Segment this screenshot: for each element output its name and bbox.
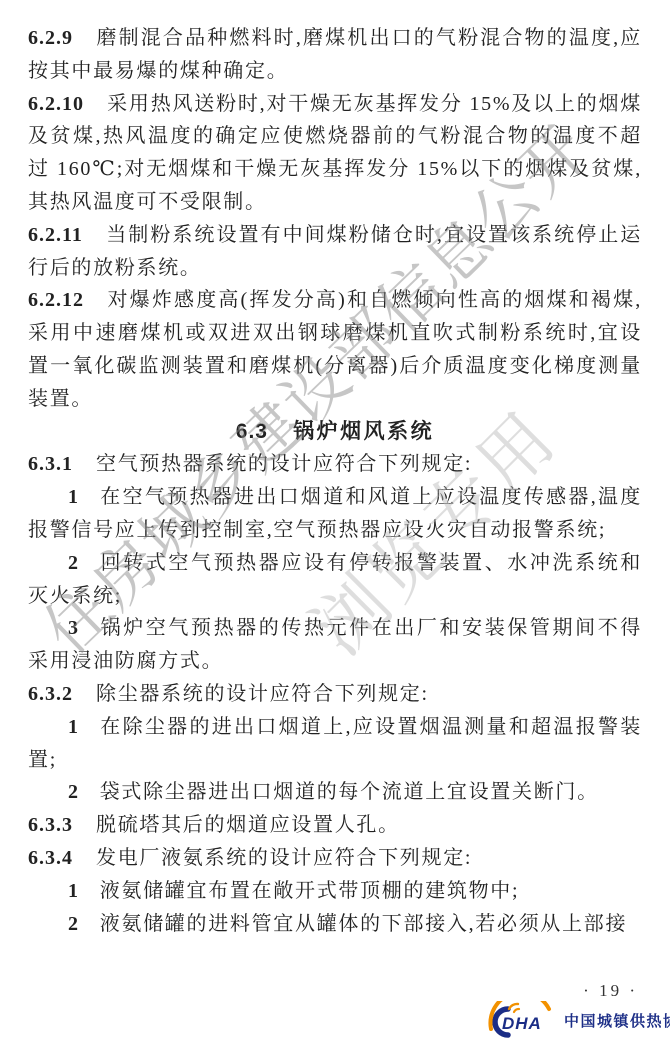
item-text: 在除尘器的进出口烟道上,应设置烟温测量和超温报警装置; [28, 716, 642, 771]
section-title: 锅炉烟风系统 [293, 420, 434, 443]
item-number: 3 [68, 617, 80, 639]
item-number: 1 [68, 716, 80, 738]
item-text: 回转式空气预热器应设有停转报警装置、水冲洗系统和灭火系统; [28, 552, 642, 607]
sub-item-2: 2袋式除尘器进出口烟道的每个流道上宜设置关断门。 [28, 776, 642, 809]
cdha-logo-icon: DHA [487, 1001, 561, 1039]
clause-6-3-3: 6.3.3脱硫塔其后的烟道应设置人孔。 [28, 809, 642, 842]
section-heading: 6.3锅炉烟风系统 [28, 416, 642, 449]
item-number: 2 [68, 913, 80, 935]
sub-item-1: 1在除尘器的进出口烟道上,应设置烟温测量和超温报警装置; [28, 711, 642, 777]
item-text: 液氨储罐宜布置在敞开式带顶棚的建筑物中; [100, 880, 520, 902]
logo-abbr-text: DHA [502, 1014, 542, 1033]
clause-6-2-12: 6.2.12对爆炸感度高(挥发分高)和自燃倾向性高的烟煤和褐煤,采用中速磨煤机或… [28, 284, 642, 415]
sub-item-2: 2回转式空气预热器应设有停转报警装置、水冲洗系统和灭火系统; [28, 547, 642, 613]
association-name: 中国城镇供热协会 [564, 1010, 670, 1031]
clause-text: 当制粉系统设置有中间煤粉储仓时,宜设置该系统停止运行后的放粉系统。 [28, 224, 642, 279]
sub-item-3: 3锅炉空气预热器的传热元件在出厂和安装保管期间不得采用浸油防腐方式。 [28, 612, 642, 678]
clause-text: 脱硫塔其后的烟道应设置人孔。 [96, 814, 400, 836]
clause-6-2-10: 6.2.10采用热风送粉时,对干燥无灰基挥发分 15%及以上的烟煤及贫煤,热风温… [28, 88, 642, 219]
clause-number: 6.2.12 [28, 289, 84, 311]
item-number: 2 [68, 552, 80, 574]
item-text: 袋式除尘器进出口烟道的每个流道上宜设置关断门。 [100, 781, 599, 803]
item-number: 1 [68, 880, 80, 902]
clause-number: 6.2.11 [28, 224, 83, 246]
clause-text: 采用热风送粉时,对干燥无灰基挥发分 15%及以上的烟煤及贫煤,热风温度的确定应使… [28, 93, 642, 213]
item-text: 液氨储罐的进料管宜从罐体的下部接入,若必须从上部接 [100, 913, 628, 935]
clause-text: 发电厂液氨系统的设计应符合下列规定: [96, 847, 472, 869]
clause-number: 6.2.10 [28, 93, 84, 115]
association-logo: DHA 中国城镇供热协会 [487, 1001, 670, 1039]
item-text: 在空气预热器进出口烟道和风道上应设温度传感器,温度报警信号应上传到控制室,空气预… [28, 486, 642, 541]
clause-number: 6.3.3 [28, 814, 73, 836]
clause-6-3-4: 6.3.4发电厂液氨系统的设计应符合下列规定: [28, 842, 642, 875]
clause-6-2-9: 6.2.9磨制混合品种燃料时,磨煤机出口的气粉混合物的温度,应按其中最易爆的煤种… [28, 22, 642, 88]
clause-6-2-11: 6.2.11当制粉系统设置有中间煤粉储仓时,宜设置该系统停止运行后的放粉系统。 [28, 219, 642, 285]
page-number: · 19 · [583, 981, 638, 1001]
clause-6-3-1: 6.3.1空气预热器系统的设计应符合下列规定: [28, 448, 642, 481]
clause-number: 6.3.2 [28, 683, 73, 705]
item-number: 2 [68, 781, 80, 803]
item-text: 锅炉空气预热器的传热元件在出厂和安装保管期间不得采用浸油防腐方式。 [28, 617, 642, 672]
clause-text: 磨制混合品种燃料时,磨煤机出口的气粉混合物的温度,应按其中最易爆的煤种确定。 [28, 27, 642, 82]
clause-6-3-2: 6.3.2除尘器系统的设计应符合下列规定: [28, 678, 642, 711]
document-page: 住房城乡建设部信息公开 浏览专用 6.2.9磨制混合品种燃料时,磨煤机出口的气粉… [0, 0, 670, 1044]
clause-number: 6.2.9 [28, 27, 73, 49]
section-number: 6.3 [236, 420, 268, 443]
page-content: 6.2.9磨制混合品种燃料时,磨煤机出口的气粉混合物的温度,应按其中最易爆的煤种… [28, 22, 642, 940]
clause-text: 除尘器系统的设计应符合下列规定: [96, 683, 429, 705]
clause-text: 对爆炸感度高(挥发分高)和自燃倾向性高的烟煤和褐煤,采用中速磨煤机或双进双出钢球… [28, 289, 642, 409]
clause-text: 空气预热器系统的设计应符合下列规定: [96, 453, 472, 475]
sub-item-1: 1在空气预热器进出口烟道和风道上应设温度传感器,温度报警信号应上传到控制室,空气… [28, 481, 642, 547]
item-number: 1 [68, 486, 80, 508]
clause-number: 6.3.4 [28, 847, 73, 869]
sub-item-2: 2液氨储罐的进料管宜从罐体的下部接入,若必须从上部接 [28, 908, 642, 941]
clause-number: 6.3.1 [28, 453, 73, 475]
sub-item-1: 1液氨储罐宜布置在敞开式带顶棚的建筑物中; [28, 875, 642, 908]
